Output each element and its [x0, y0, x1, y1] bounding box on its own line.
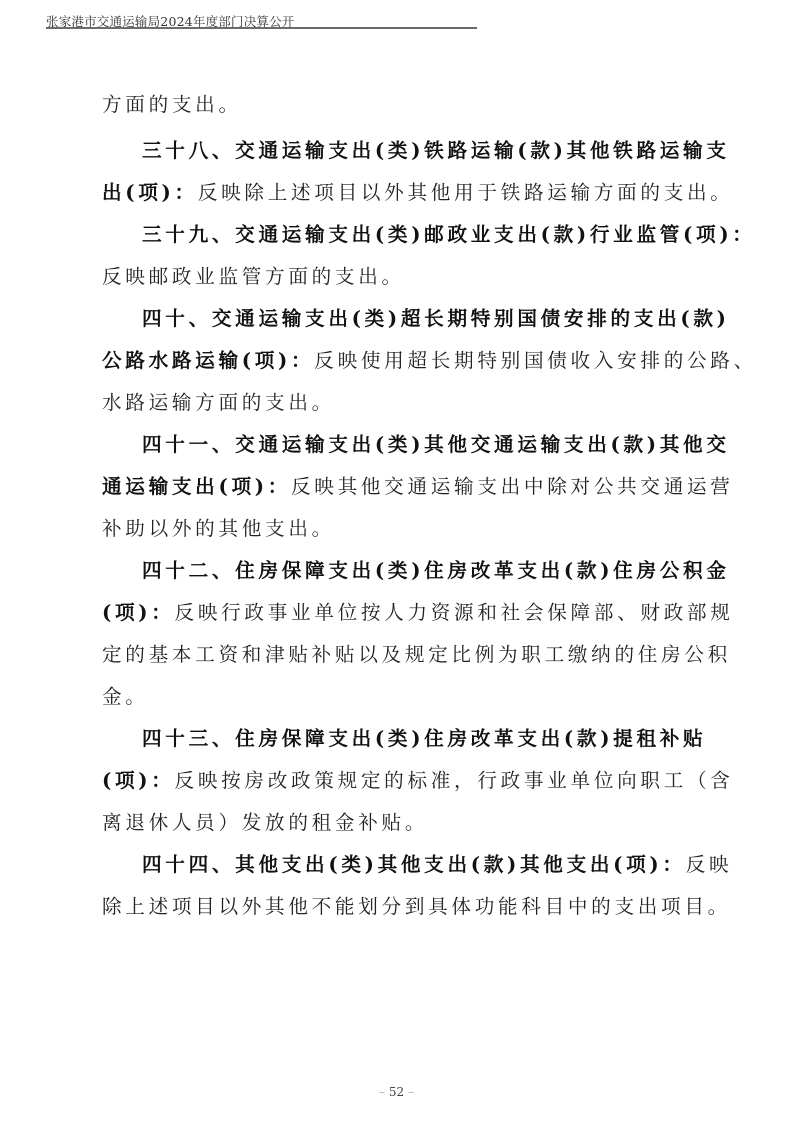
body-text: 反映使用超长期特别国债收入安排的公路、 [314, 349, 757, 372]
body-text: 水路运输方面的支出。 [102, 391, 335, 414]
item-40-line-2: 公路水路运输(项)：反映使用超长期特别国债收入安排的公路、 [102, 346, 757, 376]
item-41-line-2: 通运输支出(项)：反映其他交通运输支出中除对公共交通运营 [102, 472, 734, 502]
item-42-line-2: (项)：反映行政事业单位按人力资源和社会保障部、财政部规 [102, 598, 734, 628]
header-divider [46, 27, 477, 29]
item-heading: (项)： [102, 769, 175, 792]
item-38-line-1: 三十八、交通运输支出(类)铁路运输(款)其他铁路运输支 [142, 136, 730, 166]
item-heading: 四十二、住房保障支出(类)住房改革支出(款)住房公积金 [142, 559, 730, 582]
body-text: 定的基本工资和津贴补贴以及规定比例为职工缴纳的住房公积 [102, 643, 731, 666]
body-text: 反映其他交通运输支出中除对公共交通运营 [291, 475, 734, 498]
body-text: 方面的支出。 [102, 93, 242, 116]
body-text: 反映除上述项目以外其他用于铁路运输方面的支出。 [198, 181, 734, 204]
body-text: 反映邮政业监管方面的支出。 [102, 265, 405, 288]
page-number: – 52 – [0, 1085, 793, 1099]
page-number-value: 52 [389, 1085, 404, 1099]
item-44-line-2: 除上述项目以外其他不能划分到具体功能科目中的支出项目。 [102, 892, 731, 922]
item-40-line-1: 四十、交通运输支出(类)超长期特别国债安排的支出(款) [142, 304, 730, 334]
item-39-line-1: 三十九、交通运输支出(类)邮政业支出(款)行业监管(项)： [142, 220, 756, 250]
item-42-line-3: 定的基本工资和津贴补贴以及规定比例为职工缴纳的住房公积 [102, 640, 731, 670]
item-heading: 公路水路运输(项)： [102, 349, 314, 372]
dash-left: – [379, 1085, 385, 1099]
item-heading: 四十、交通运输支出(类)超长期特别国债安排的支出(款) [142, 307, 730, 330]
paragraph-continuation: 方面的支出。 [102, 90, 242, 120]
item-41-line-1: 四十一、交通运输支出(类)其他交通运输支出(款)其他交 [142, 430, 730, 460]
item-38-line-2: 出(项)：反映除上述项目以外其他用于铁路运输方面的支出。 [102, 178, 734, 208]
item-40-line-3: 水路运输方面的支出。 [102, 388, 335, 418]
item-heading: 四十一、交通运输支出(类)其他交通运输支出(款)其他交 [142, 433, 730, 456]
body-text: 补助以外的其他支出。 [102, 517, 335, 540]
item-42-line-1: 四十二、住房保障支出(类)住房改革支出(款)住房公积金 [142, 556, 730, 586]
body-text: 金。 [102, 685, 149, 708]
item-42-line-4: 金。 [102, 682, 149, 712]
item-heading: 四十四、其他支出(类)其他支出(款)其他支出(项)： [142, 853, 686, 876]
body-text: 除上述项目以外其他不能划分到具体功能科目中的支出项目。 [102, 895, 731, 918]
body-text: 反映 [686, 853, 733, 876]
item-39-line-2: 反映邮政业监管方面的支出。 [102, 262, 405, 292]
item-43-line-3: 离退休人员）发放的租金补贴。 [102, 808, 428, 838]
item-heading: 四十三、住房保障支出(类)住房改革支出(款)提租补贴 [142, 727, 706, 750]
item-heading: 三十八、交通运输支出(类)铁路运输(款)其他铁路运输支 [142, 139, 730, 162]
item-43-line-2: (项)：反映按房改政策规定的标准，行政事业单位向职工（含 [102, 766, 734, 796]
body-text: 离退休人员）发放的租金补贴。 [102, 811, 428, 834]
item-heading: 出(项)： [102, 181, 198, 204]
dash-right: – [408, 1085, 414, 1099]
item-heading: (项)： [102, 601, 175, 624]
item-heading: 三十九、交通运输支出(类)邮政业支出(款)行业监管(项)： [142, 223, 756, 246]
body-text: 反映行政事业单位按人力资源和社会保障部、财政部规 [175, 601, 734, 624]
item-43-line-1: 四十三、住房保障支出(类)住房改革支出(款)提租补贴 [142, 724, 706, 754]
item-44-line-1: 四十四、其他支出(类)其他支出(款)其他支出(项)：反映 [142, 850, 732, 880]
item-heading: 通运输支出(项)： [102, 475, 291, 498]
item-41-line-3: 补助以外的其他支出。 [102, 514, 335, 544]
body-text: 反映按房改政策规定的标准，行政事业单位向职工（含 [175, 769, 734, 792]
